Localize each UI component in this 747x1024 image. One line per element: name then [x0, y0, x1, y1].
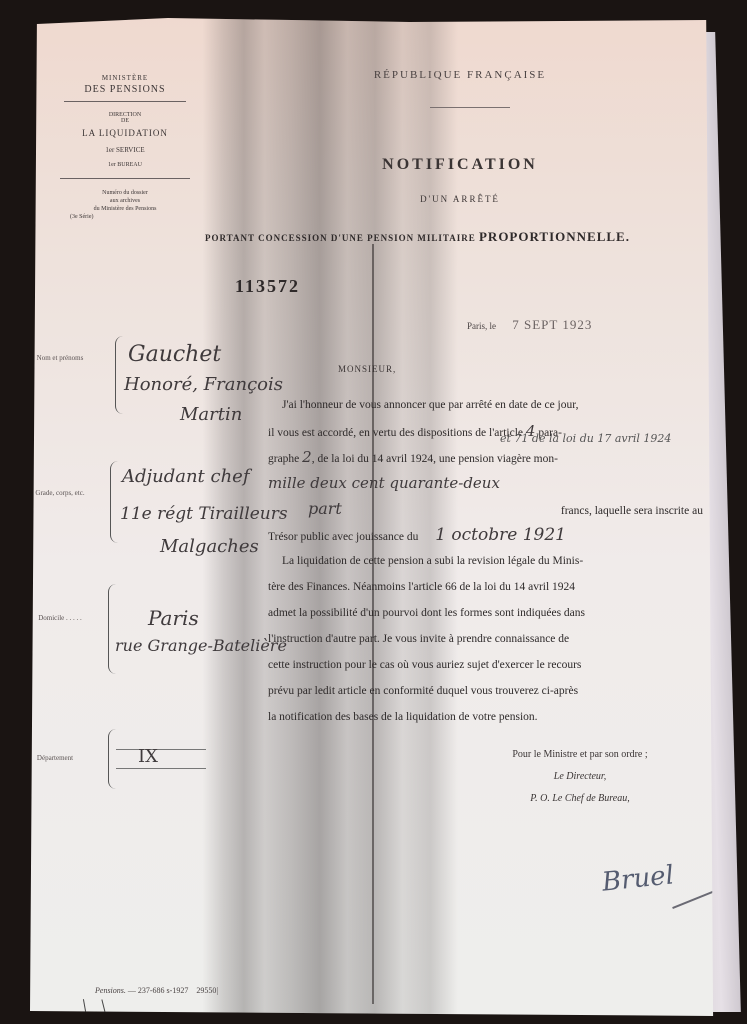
document-purpose: PORTANT CONCESSION D'UNE PENSION MILITAI… — [205, 229, 705, 245]
body-line: mille deux cent quarante-deux — [268, 470, 738, 496]
ministry-name: DES PENSIONS — [60, 84, 190, 95]
handwritten-amount-sub: part — [268, 496, 558, 522]
pension-notification-document: MINISTÈRE DES PENSIONS DIRECTION DE LA L… — [30, 14, 720, 1016]
handwritten-surname: Gauchet — [128, 342, 221, 367]
pen-mark — [101, 999, 109, 1024]
republic-heading: RÉPUBLIQUE FRANÇAISE — [280, 69, 640, 81]
print-footer: Pensions. — 237-686 s-1927 29550| — [95, 986, 218, 995]
document-title: NOTIFICATION — [280, 156, 640, 174]
direction-de: DE — [60, 118, 190, 124]
body-line: la notification des bases de la liquidat… — [268, 704, 738, 730]
pen-mark — [83, 999, 88, 1023]
date-stamp: 7 SEPT 1923 — [512, 317, 592, 332]
divider — [64, 101, 186, 102]
handwritten-domicile: Paris — [148, 606, 199, 630]
series-label: (3e Série) — [60, 213, 190, 221]
handwritten-amount: mille deux cent quarante-deux — [268, 470, 728, 496]
dossier-note: Numéro du dossier — [60, 189, 190, 197]
label-domicile: Domicile . . . . . — [30, 614, 90, 623]
body-line: admet la possibilité d'un pourvoi dont l… — [268, 600, 738, 626]
handwritten-street: rue Grange-Batelière — [115, 636, 287, 655]
dossier-note: aux archives — [60, 197, 190, 205]
handwritten-regiment: 11e régt Tirailleurs — [120, 504, 288, 524]
signature-line-3: P. O. Le Chef de Bureau, — [430, 788, 730, 810]
signature-line-2: Le Directeur, — [430, 766, 730, 788]
brace — [108, 584, 117, 674]
body-line: tère des Finances. Néanmoins l'article 6… — [268, 574, 738, 600]
handwritten-third-name: Martin — [180, 404, 242, 425]
label-rank: Grade, corps, etc. — [30, 489, 90, 498]
handwritten-enjoyment-date: 1 octobre 1921 — [421, 522, 635, 548]
body-line: Trésor public avec jouissance du 1 octob… — [268, 522, 738, 548]
direction-name: LA LIQUIDATION — [60, 128, 190, 138]
body-line: La liquidation de cette pension a subi l… — [268, 548, 738, 574]
body-line: graphe 2, de la loi du 14 avril 1924, un… — [268, 444, 738, 470]
department-box: IX — [116, 749, 206, 769]
handwritten-regiment-2: Malgaches — [160, 536, 259, 557]
ministry-label: MINISTÈRE — [60, 74, 190, 82]
handwritten-department: IX — [138, 746, 158, 767]
ministry-header: MINISTÈRE DES PENSIONS DIRECTION DE LA L… — [60, 74, 190, 221]
brace — [115, 336, 124, 414]
purpose-type: PROPORTIONNELLE. — [479, 229, 630, 244]
body-line: prévu par ledit article en conformité du… — [268, 678, 738, 704]
brace — [110, 461, 119, 543]
handwritten-first-names: Honoré, François — [124, 374, 283, 395]
footer-code: 29550| — [196, 986, 218, 995]
handwritten-paragraph: 2 — [302, 448, 312, 466]
salutation: MONSIEUR, — [338, 364, 396, 374]
place-date: Paris, le 7 SEPT 1923 — [467, 317, 592, 333]
body-line: part francs, laquelle sera inscrite au — [268, 496, 738, 522]
dossier-note: du Ministère des Pensions — [60, 205, 190, 213]
bureau-label: 1er BUREAU — [60, 162, 190, 168]
place-prefix: Paris, le — [467, 321, 496, 331]
dossier-number: 113572 — [235, 276, 300, 297]
signature-line-1: Pour le Ministre et par son ordre ; — [430, 744, 730, 766]
divider — [430, 107, 510, 108]
label-department: Département — [25, 754, 85, 763]
body-line: cette instruction pour le cas où vous au… — [268, 652, 738, 678]
footer-label: Pensions. — [95, 986, 126, 995]
document-subtitle: D'UN ARRÊTÉ — [280, 194, 640, 204]
signature-block: Pour le Ministre et par son ordre ; Le D… — [430, 744, 730, 810]
service-label: 1er SERVICE — [60, 146, 190, 154]
margin-annotation: et 71 de la loi du 17 avril 1924 — [500, 432, 671, 445]
label-names: Nom et prénoms — [30, 354, 90, 363]
handwritten-rank: Adjudant chef — [122, 466, 250, 487]
divider — [60, 178, 190, 179]
body-line: J'ai l'honneur de vous annoncer que par … — [268, 392, 738, 418]
purpose-prefix: PORTANT CONCESSION D'UNE PENSION MILITAI… — [205, 233, 476, 243]
handwritten-signature: Bruel — [601, 860, 676, 897]
body-line: l'instruction d'autre part. Je vous invi… — [268, 626, 738, 652]
footer-print-ref: — 237-686 s-1927 — [128, 986, 188, 995]
